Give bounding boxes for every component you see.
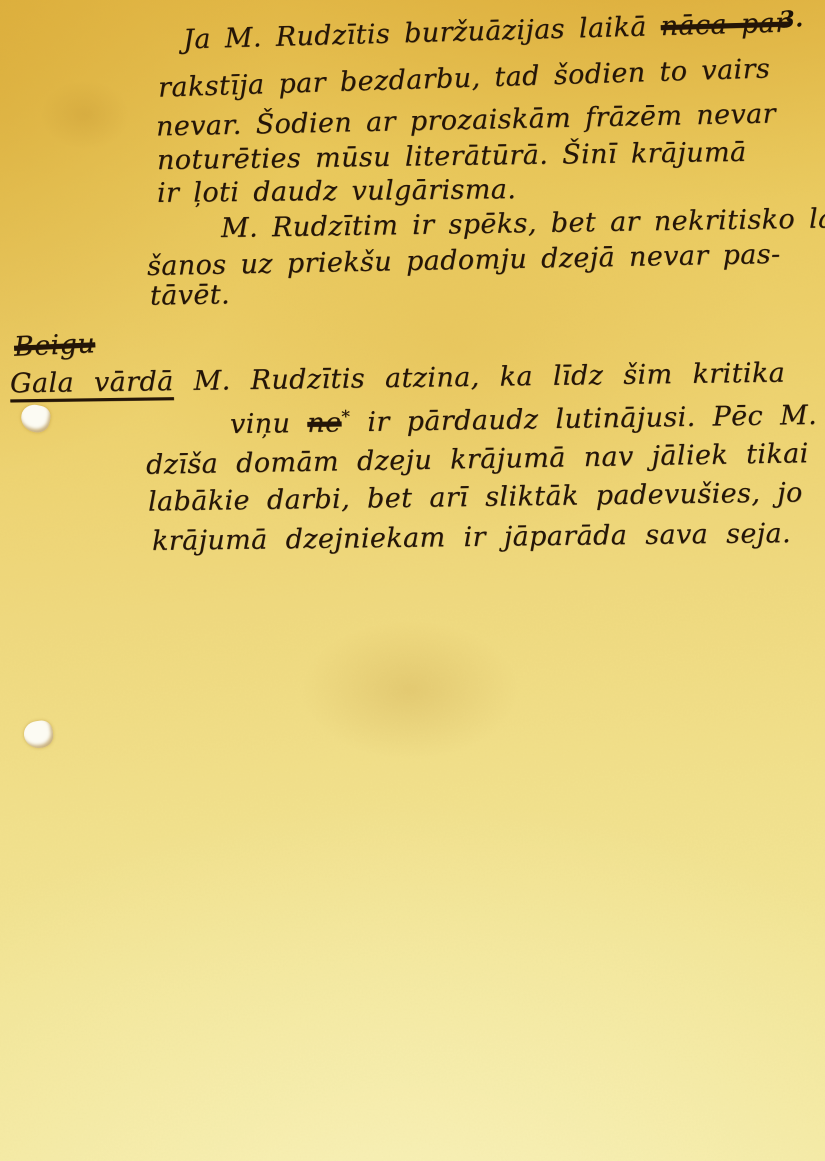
paper-smudge bbox=[40, 80, 130, 150]
punch-hole-top bbox=[19, 402, 53, 434]
handwritten-line: Gala vārdā M. Rudzītis atzina, ka līdz š… bbox=[10, 358, 786, 400]
handwritten-line: dzīša domām dzeju krājumā nav jāliek tik… bbox=[146, 438, 809, 481]
handwritten-line: noturēties mūsu literātūrā. Šinī krājumā bbox=[157, 137, 747, 176]
paper-texture bbox=[0, 0, 825, 1161]
handwritten-line: nevar. Šodien ar prozaiskām frāzēm nevar bbox=[156, 99, 776, 143]
handwritten-line: rakstīja par bezdarbu, tad šodien to vai… bbox=[158, 53, 771, 103]
struck-out-word: Beigu bbox=[13, 328, 95, 363]
line-text: viņu bbox=[230, 408, 291, 440]
handwritten-line: M. Rudzītim ir spēks, bet ar nekritisko … bbox=[221, 203, 825, 244]
line-text: Ja M. Rudzītis buržuāzijas laikā bbox=[183, 12, 647, 56]
scribbled-word: ne bbox=[307, 407, 342, 439]
struck-out-words: nāca par bbox=[660, 8, 789, 43]
handwritten-line: Ja M. Rudzītis buržuāzijas laikā nāca pa… bbox=[183, 8, 789, 56]
punch-hole-bottom bbox=[22, 719, 54, 750]
handwritten-line: viņu ne* ir pārdaudz lutinājusi. Pēc M. … bbox=[230, 399, 825, 440]
handwritten-line: labākie darbi, bet arī sliktāk padevušie… bbox=[148, 477, 803, 517]
line-text: M. Rudzītis atzina, ka līdz šim kritika bbox=[193, 358, 785, 397]
handwritten-line: šanos uz priekšu padomju dzejā nevar pas… bbox=[147, 239, 781, 282]
handwritten-line: krājumā dzejniekam ir jāparāda sava seja… bbox=[152, 518, 791, 557]
handwritten-line: tāvēt. bbox=[150, 279, 231, 311]
underlined-heading: Gala vārdā bbox=[10, 366, 174, 399]
line-text: ir pārdaudz lutinājusi. Pēc M. Ru- bbox=[367, 399, 825, 438]
paper-smudge bbox=[300, 620, 520, 760]
handwritten-line: ir ļoti daudz vulgārisma. bbox=[157, 174, 517, 209]
margin-note: Beigu bbox=[13, 328, 95, 363]
document-page: 3. Ja M. Rudzītis buržuāzijas laikā nāca… bbox=[0, 0, 825, 1161]
asterisk-mark: * bbox=[341, 407, 350, 427]
